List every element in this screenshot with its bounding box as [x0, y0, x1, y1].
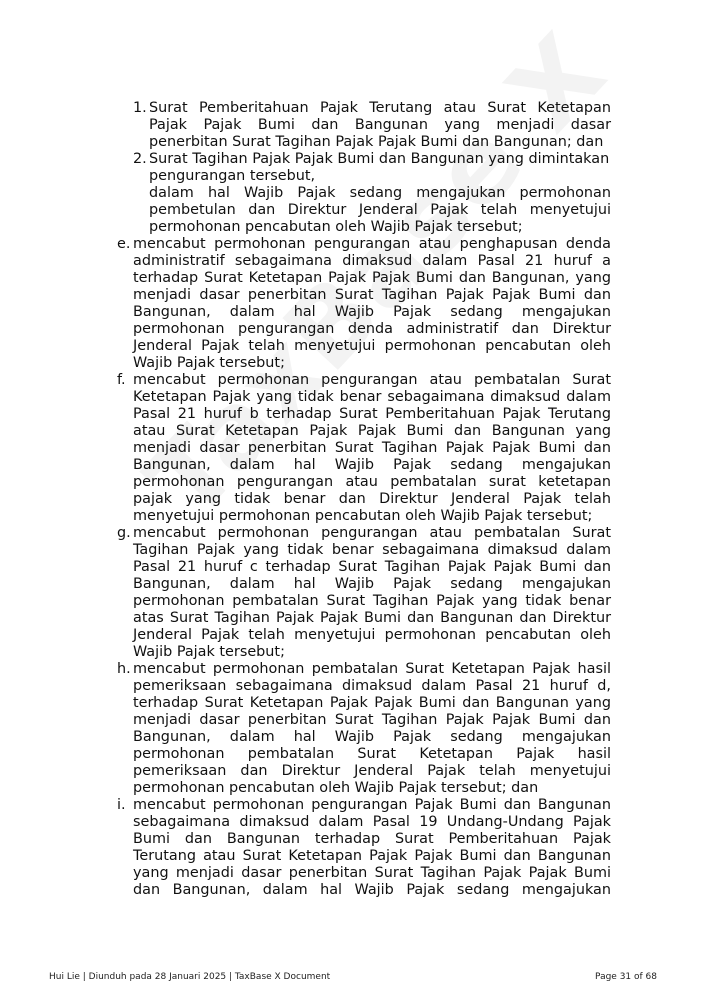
continuation-paragraph: dalam hal Wajib Pajak sedang mengajukan … — [149, 185, 611, 236]
item-marker: i. — [117, 797, 126, 814]
item-text: Surat Tagihan Pajak Pajak Bumi dan Bangu… — [149, 151, 611, 185]
item-marker: 2. — [133, 151, 147, 168]
list-item-g: g. mencabut permohonan pengurangan atau … — [133, 525, 611, 661]
document-page: TaxBase X 1. Surat Pemberitahuan Pajak T… — [0, 0, 707, 1000]
item-marker: 1. — [133, 100, 147, 117]
list-item-i: i. mencabut permohonan pengurangan Pajak… — [133, 797, 611, 899]
item-marker: f. — [117, 372, 126, 389]
item-marker: g. — [117, 525, 131, 542]
list-item-e: e. mencabut permohonan pengurangan atau … — [133, 236, 611, 372]
item-text: mencabut permohonan pengurangan atau pem… — [133, 372, 611, 525]
item-text: mencabut permohonan pengurangan atau pen… — [133, 236, 611, 372]
document-body: 1. Surat Pemberitahuan Pajak Terutang at… — [0, 100, 707, 899]
list-item-f: f. mencabut permohonan pengurangan atau … — [133, 372, 611, 525]
list-item-h: h. mencabut permohonan pembatalan Surat … — [133, 661, 611, 797]
item-text: mencabut permohonan pembatalan Surat Ket… — [133, 661, 611, 797]
item-text: mencabut permohonan pengurangan atau pem… — [133, 525, 611, 661]
item-text: Surat Pemberitahuan Pajak Terutang atau … — [149, 100, 611, 151]
item-marker: h. — [117, 661, 131, 678]
item-text: mencabut permohonan pengurangan Pajak Bu… — [133, 797, 611, 899]
footer-download-info: Hui Lie | Diunduh pada 28 Januari 2025 |… — [49, 972, 330, 982]
numbered-item-1: 1. Surat Pemberitahuan Pajak Terutang at… — [149, 100, 611, 151]
footer-page-number: Page 31 of 68 — [595, 972, 657, 982]
numbered-item-2: 2. Surat Tagihan Pajak Pajak Bumi dan Ba… — [149, 151, 611, 185]
item-marker: e. — [117, 236, 130, 253]
